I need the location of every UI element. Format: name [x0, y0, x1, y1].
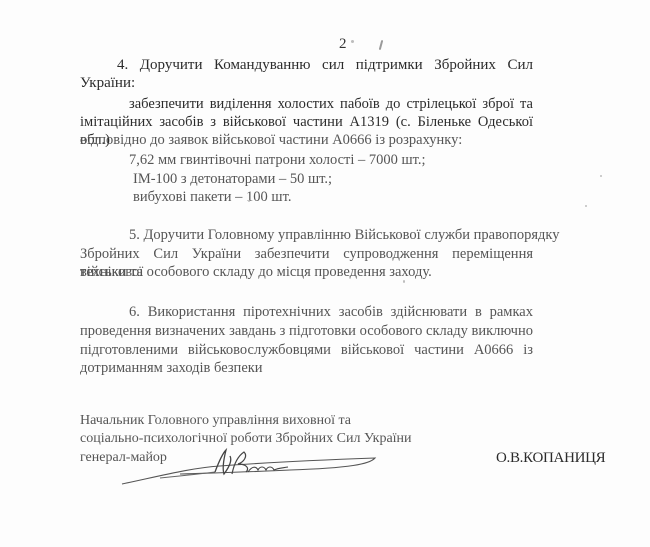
section4-heading: 4. Доручити Командуванню сил підтримки З…	[117, 56, 533, 74]
signer-name: О.В.КОПАНИЦЯ	[496, 449, 605, 467]
section4-item-3: вибухові пакети – 100 шт.	[133, 188, 291, 206]
section6-line-4: дотриманням заходів безпеки	[80, 359, 263, 377]
section5-line-1: 5. Доручити Головному управлінню Військо…	[129, 226, 559, 244]
section4-line-3: відповідно до заявок військової частини …	[80, 131, 462, 149]
page-number: 2	[339, 36, 347, 53]
scan-artifact	[351, 40, 354, 43]
section4-item-1: 7,62 мм гвинтівочні патрони холості – 70…	[129, 151, 426, 169]
handwritten-signature	[120, 446, 380, 491]
section5-line-3: техніки та особового складу до місця про…	[80, 263, 432, 281]
scan-artifact	[248, 200, 250, 202]
scan-artifact	[585, 205, 587, 207]
section6-line-3: підготовленими військовослужбовцями війс…	[80, 341, 533, 359]
signer-title-line-1: Начальник Головного управління виховної …	[80, 412, 351, 430]
section4-heading-cont: України:	[80, 74, 135, 92]
section6-line-1: 6. Використання піротехнічних засобів зд…	[129, 303, 533, 321]
section4-item-2: ІМ-100 з детонаторами – 50 шт.;	[133, 170, 332, 188]
scan-artifact	[379, 40, 384, 50]
document-page: 2 4. Доручити Командуванню сил підтримки…	[0, 0, 650, 547]
section6-line-2: проведення визначених завдань з підготов…	[80, 322, 533, 340]
scan-artifact	[600, 175, 602, 177]
section4-line-1: забезпечити виділення холостих пабоїв до…	[129, 95, 533, 113]
scan-artifact	[403, 280, 405, 283]
